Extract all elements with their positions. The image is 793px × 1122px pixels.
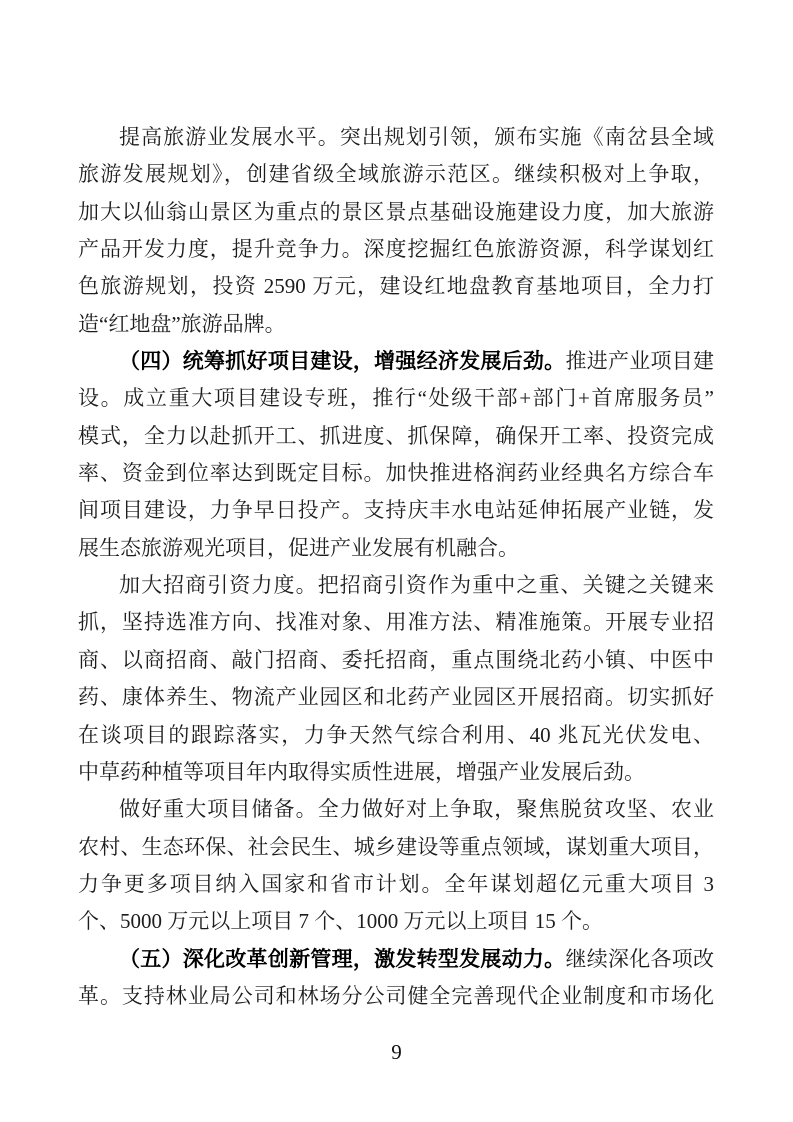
text-line: 商、以商招商、敲门招商、委托招商，重点围绕北药小镇、中医中 [78,642,714,679]
text-segment: 色旅游规划，投资 2590 万元，建设红地盘教育基地项目，全力打 [78,274,714,298]
text-line: 展生态旅游观光项目，促进产业发展有机融合。 [78,530,714,567]
text-segment: 革。支持林业局公司和林场分公司健全完善现代企业制度和市场化 [78,984,714,1008]
text-segment: 中草药种植等项目年内取得实质性进展，增强产业发展后劲。 [78,760,645,784]
text-segment: 力争更多项目纳入国家和省市计划。全年谋划超亿元重大项目 3 [78,872,714,896]
text-segment: 商、以商招商、敲门招商、委托招商，重点围绕北药小镇、中医中 [78,648,714,672]
text-line: 间项目建设，力争早日投产。支持庆丰水电站延伸拓展产业链，发 [78,492,714,529]
text-line: 率、资金到位率达到既定目标。加快推进格润药业经典名方综合车 [78,455,714,492]
page-number: 9 [0,1040,793,1065]
text-segment: 模式，全力以赴抓开工、抓进度、抓保障，确保开工率、投资完成 [78,424,714,448]
text-line: 做好重大项目储备。全力做好对上争取，聚焦脱贫攻坚、农业 [78,791,714,828]
text-segment: 个、5000 万元以上项目 7 个、1000 万元以上项目 15 个。 [78,909,603,933]
section-heading-segment: （五）深化改革创新管理，激发转型发展动力。 [119,947,565,971]
text-line: 设。成立重大项目建设专班，推行“处级干部+部门+首席服务员” [78,380,714,417]
text-segment: 旅游发展规划》，创建省级全域旅游示范区。继续积极对上争取， [78,162,714,186]
text-line: （四）统筹抓好项目建设，增强经济发展后劲。推进产业项目建 [78,343,714,380]
text-segment: 提高旅游业发展水平。突出规划引领，颁布实施《南岔县全域 [119,125,714,149]
text-segment: 做好重大项目储备。全力做好对上争取，聚焦脱贫攻坚、农业 [119,797,714,821]
text-line: 提高旅游业发展水平。突出规划引领，颁布实施《南岔县全域 [78,119,714,156]
text-line: 产品开发力度，提升竞争力。深度挖掘红色旅游资源，科学谋划红 [78,231,714,268]
text-segment: 设。成立重大项目建设专班，推行“处级干部+部门+首席服务员” [78,386,714,410]
text-segment: 产品开发力度，提升竞争力。深度挖掘红色旅游资源，科学谋划红 [78,237,714,261]
text-line: 抓，坚持选准方向、找准对象、用准方法、精准施策。开展专业招 [78,604,714,641]
text-line: （五）深化改革创新管理，激发转型发展动力。继续深化各项改 [78,941,714,978]
text-line: 造“红地盘”旅游品牌。 [78,306,714,343]
document-body: 提高旅游业发展水平。突出规划引领，颁布实施《南岔县全域旅游发展规划》，创建省级全… [78,119,714,1015]
text-segment: 继续深化各项改 [565,947,714,971]
text-segment: 间项目建设，力争早日投产。支持庆丰水电站延伸拓展产业链，发 [78,498,714,522]
text-line: 模式，全力以赴抓开工、抓进度、抓保障，确保开工率、投资完成 [78,418,714,455]
section-heading-segment: （四）统筹抓好项目建设，增强经济发展后劲。 [119,349,565,373]
document-page: 提高旅游业发展水平。突出规划引领，颁布实施《南岔县全域旅游发展规划》，创建省级全… [0,0,793,1122]
text-segment: 推进产业项目建 [565,349,714,373]
text-line: 革。支持林业局公司和林场分公司健全完善现代企业制度和市场化 [78,978,714,1015]
text-line: 力争更多项目纳入国家和省市计划。全年谋划超亿元重大项目 3 [78,866,714,903]
text-line: 加大以仙翁山景区为重点的景区景点基础设施建设力度，加大旅游 [78,194,714,231]
text-segment: 率、资金到位率达到既定目标。加快推进格润药业经典名方综合车 [78,461,714,485]
text-line: 在谈项目的跟踪落实，力争天然气综合利用、40 兆瓦光伏发电、 [78,717,714,754]
text-line: 加大招商引资力度。把招商引资作为重中之重、关键之关键来 [78,567,714,604]
text-line: 个、5000 万元以上项目 7 个、1000 万元以上项目 15 个。 [78,903,714,940]
text-segment: 加大招商引资力度。把招商引资作为重中之重、关键之关键来 [119,573,714,597]
text-segment: 抓，坚持选准方向、找准对象、用准方法、精准施策。开展专业招 [78,610,714,634]
text-line: 色旅游规划，投资 2590 万元，建设红地盘教育基地项目，全力打 [78,268,714,305]
text-line: 药、康体养生、物流产业园区和北药产业园区开展招商。切实抓好 [78,679,714,716]
text-segment: 造“红地盘”旅游品牌。 [78,312,286,336]
text-line: 旅游发展规划》，创建省级全域旅游示范区。继续积极对上争取， [78,156,714,193]
text-segment: 在谈项目的跟踪落实，力争天然气综合利用、40 兆瓦光伏发电、 [78,723,714,747]
text-segment: 药、康体养生、物流产业园区和北药产业园区开展招商。切实抓好 [78,685,714,709]
text-segment: 农村、生态环保、社会民生、城乡建设等重点领域，谋划重大项目， [78,835,714,859]
text-segment: 加大以仙翁山景区为重点的景区景点基础设施建设力度，加大旅游 [78,200,714,224]
text-segment: 展生态旅游观光项目，促进产业发展有机融合。 [78,536,519,560]
text-line: 农村、生态环保、社会民生、城乡建设等重点领域，谋划重大项目， [78,829,714,866]
text-line: 中草药种植等项目年内取得实质性进展，增强产业发展后劲。 [78,754,714,791]
